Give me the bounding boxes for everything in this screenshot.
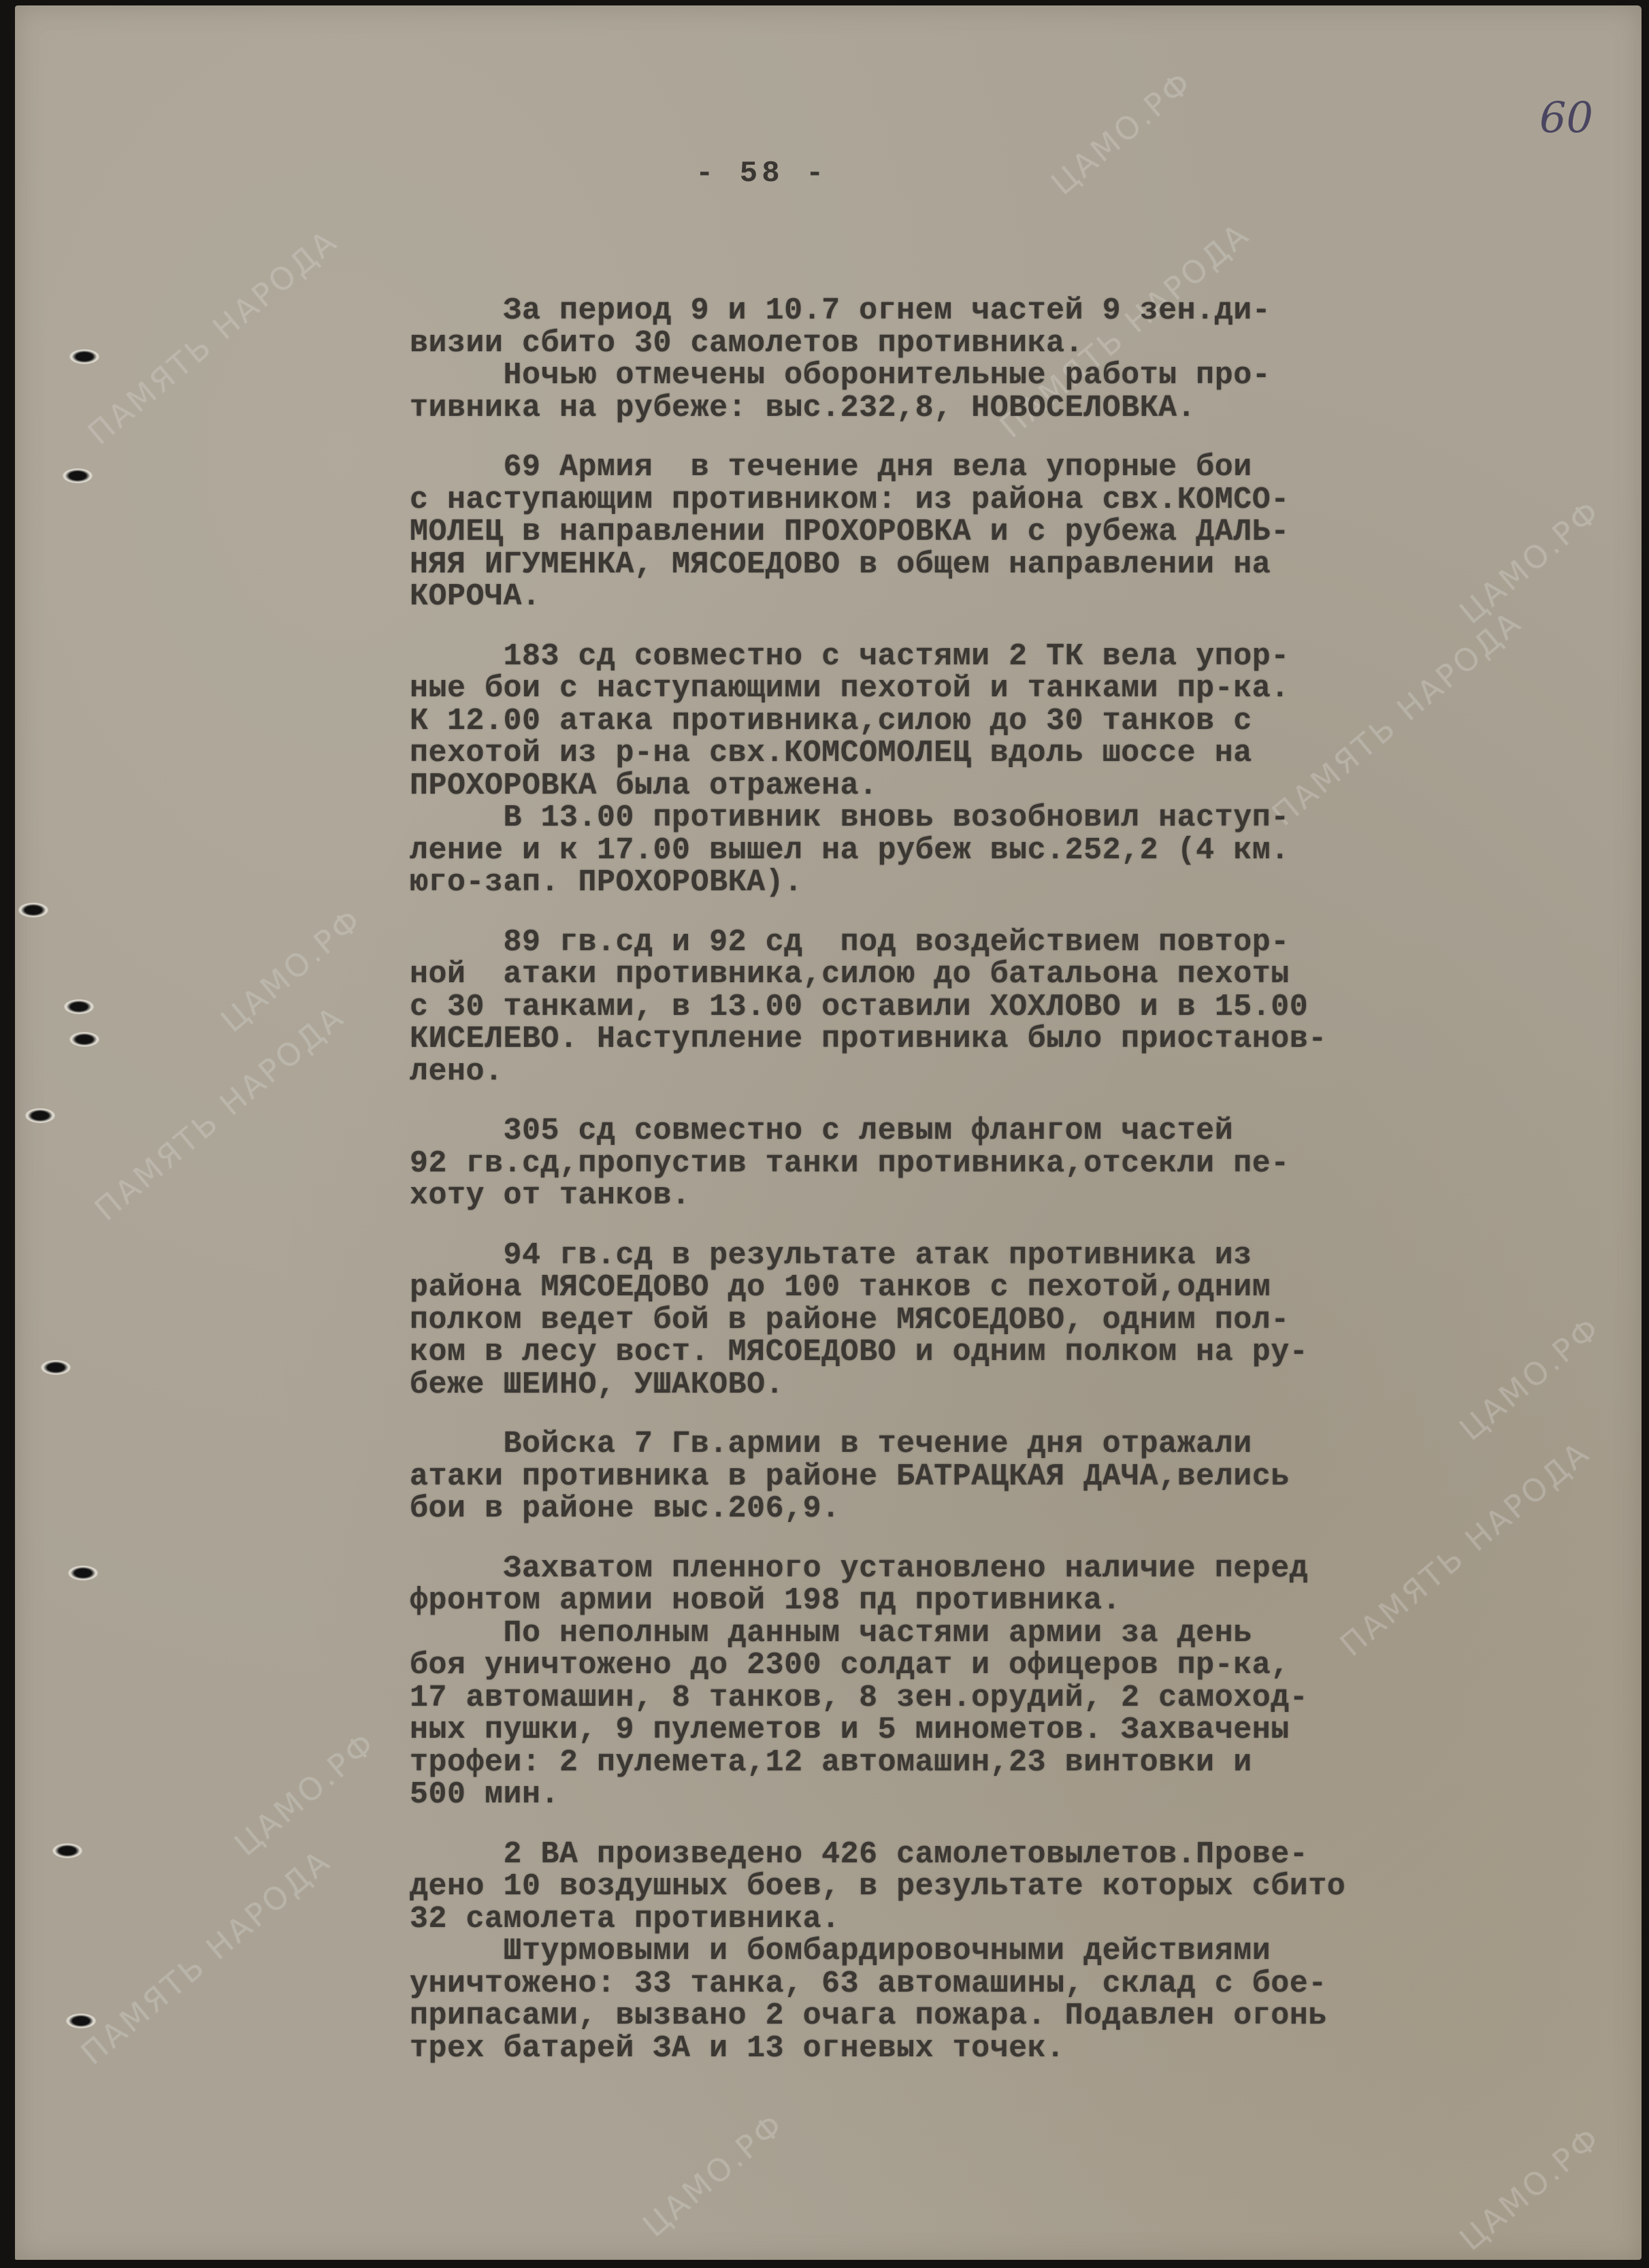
text-line: атаки противника в районе БАТРАЦКАЯ ДАЧА… xyxy=(410,1461,1471,1493)
binding-hole xyxy=(66,2013,96,2028)
text-line: 17 автомашин, 8 танков, 8 зен.орудий, 2 … xyxy=(410,1682,1471,1715)
text-line: МОЛЕЦ в направлении ПРОХОРОВКА и с рубеж… xyxy=(410,516,1471,549)
paragraph-89-92-sd: 89 гв.сд и 92 сд под воздействием повтор… xyxy=(410,926,1471,1088)
text-line: В 13.00 противник вновь возобновил насту… xyxy=(410,802,1471,835)
text-line: ные бои с наступающими пехотой и танками… xyxy=(410,673,1471,705)
report-body: За период 9 и 10.7 огнем частей 9 зен.ди… xyxy=(410,295,1471,2064)
paragraph-air-defense: За период 9 и 10.7 огнем частей 9 зен.ди… xyxy=(410,295,1471,424)
page-number: - 58 - xyxy=(696,157,828,191)
text-line: ление и к 17.00 вышел на рубеж выс.252,2… xyxy=(410,835,1471,867)
text-line: ПРОХОРОВКА была отражена. xyxy=(410,770,1471,803)
text-line: визии сбито 30 самолетов противника. xyxy=(410,327,1471,360)
paragraph-94-gv-sd: 94 гв.сд в результате атак противника из… xyxy=(410,1240,1471,1402)
paragraph-prisoner-losses: Захватом пленного установлено наличие пе… xyxy=(410,1553,1471,1811)
watermark: ЦАМО.РФ xyxy=(1452,1309,1608,1448)
archive-sheet-number: 60 xyxy=(1539,93,1593,142)
text-line: КИСЕЛЕВО. Наступление противника было пр… xyxy=(410,1023,1471,1056)
text-line: ком в лесу вост. МЯСОЕДОВО и одним полко… xyxy=(410,1336,1471,1369)
text-line: Штурмовыми и бомбардировочными действиям… xyxy=(410,1935,1471,1968)
text-line: ных пушки, 9 пулеметов и 5 минометов. За… xyxy=(410,1714,1471,1747)
text-line: 32 самолета противника. xyxy=(410,1903,1471,1936)
watermark: ПАМЯТЬ НАРОДА xyxy=(88,998,352,1228)
paragraph-7-gv-army: Войска 7 Гв.армии в течение дня отражали… xyxy=(410,1428,1471,1525)
text-line: с наступающим противником: из района свх… xyxy=(410,484,1471,517)
text-line: За период 9 и 10.7 огнем частей 9 зен.ди… xyxy=(410,295,1471,327)
watermark: ЦАМО.РФ xyxy=(636,2105,791,2244)
text-line: боя уничтожено до 2300 солдат и офицеров… xyxy=(410,1649,1471,1682)
text-line: К 12.00 атака противника,силою до 30 тан… xyxy=(410,705,1471,738)
binding-hole xyxy=(69,349,99,364)
text-line: 94 гв.сд в результате атак противника из xyxy=(410,1240,1471,1272)
watermark: ПАМЯТЬ НАРОДА xyxy=(81,222,345,452)
watermark: ЦАМО.РФ xyxy=(1452,492,1608,631)
text-line: НЯЯ ИГУМЕНКА, МЯСОЕДОВО в общем направле… xyxy=(410,549,1471,581)
paragraph-69-army: 69 Армия в течение дня вела упорные бои … xyxy=(410,451,1471,613)
text-line: тивника на рубеже: выс.232,8, НОВОСЕЛОВК… xyxy=(410,392,1471,425)
binding-hole xyxy=(25,1108,55,1123)
text-line: уничтожено: 33 танка, 63 автомашины, скл… xyxy=(410,1968,1471,2000)
text-line: пехотой из р-на свх.КОМСОМОЛЕЦ вдоль шос… xyxy=(410,737,1471,770)
text-line: припасами, вызвано 2 очага пожара. Подав… xyxy=(410,2000,1471,2032)
watermark: ЦАМО.РФ xyxy=(1452,2119,1608,2258)
binding-hole xyxy=(63,468,93,483)
text-line: 2 ВА произведено 426 самолетовылетов.Про… xyxy=(410,1838,1471,1871)
text-line: По неполным данным частями армии за день xyxy=(410,1617,1471,1650)
paragraph-2-va: 2 ВА произведено 426 самолетовылетов.Про… xyxy=(410,1838,1471,2065)
text-line: полком ведет бой в районе МЯСОЕДОВО, одн… xyxy=(410,1304,1471,1337)
binding-hole xyxy=(18,903,48,918)
text-line: дено 10 воздушных боев, в результате кот… xyxy=(410,1870,1471,1903)
text-line: беже ШЕИНО, УШАКОВО. xyxy=(410,1369,1471,1402)
text-line: 305 сд совместно с левым флангом частей xyxy=(410,1115,1471,1148)
text-line: 183 сд совместно с частями 2 ТК вела упо… xyxy=(410,641,1471,673)
text-line: трофеи: 2 пулемета,12 автомашин,23 винто… xyxy=(410,1747,1471,1779)
binding-hole xyxy=(52,1843,82,1858)
watermark: ЦАМО.РФ xyxy=(214,901,370,1039)
binding-hole xyxy=(69,1032,99,1047)
binding-hole xyxy=(68,1566,98,1581)
text-line: 89 гв.сд и 92 сд под воздействием повтор… xyxy=(410,926,1471,959)
text-line: КОРОЧА. xyxy=(410,581,1471,613)
text-line: бои в районе выс.206,9. xyxy=(410,1493,1471,1525)
paragraph-305-sd: 305 сд совместно с левым флангом частей … xyxy=(410,1115,1471,1212)
text-line: ной атаки противника,силою до батальона … xyxy=(410,958,1471,991)
watermark: ЦАМО.РФ xyxy=(227,1724,383,1863)
text-line: трех батарей ЗА и 13 огневых точек. xyxy=(410,2032,1471,2065)
text-line: 69 Армия в течение дня вела упорные бои xyxy=(410,451,1471,484)
paragraph-183-sd: 183 сд совместно с частями 2 ТК вела упо… xyxy=(410,641,1471,899)
binding-hole xyxy=(64,999,94,1014)
watermark: ЦАМО.РФ xyxy=(1044,63,1200,202)
document-page: 60 - 58 - ПАМЯТЬ НАРОДА ЦАМО.РФ ПАМЯТЬ Н… xyxy=(15,5,1642,2260)
text-line: юго-зап. ПРОХОРОВКА). xyxy=(410,866,1471,899)
watermark: ПАМЯТЬ НАРОДА xyxy=(74,1842,338,2072)
text-line: Захватом пленного установлено наличие пе… xyxy=(410,1553,1471,1585)
text-line: Ночью отмечены оборонительные работы про… xyxy=(410,359,1471,392)
text-line: фронтом армии новой 198 пд противника. xyxy=(410,1585,1471,1617)
text-line: 92 гв.сд,пропустив танки противника,отсе… xyxy=(410,1148,1471,1180)
text-line: Войска 7 Гв.армии в течение дня отражали xyxy=(410,1428,1471,1461)
text-line: с 30 танками, в 13.00 оставили ХОХЛОВО и… xyxy=(410,991,1471,1024)
text-line: лено. xyxy=(410,1056,1471,1088)
text-line: района МЯСОЕДОВО до 100 танков с пехотой… xyxy=(410,1271,1471,1304)
binding-hole xyxy=(41,1360,71,1375)
text-line: хоту от танков. xyxy=(410,1180,1471,1212)
text-line: 500 мин. xyxy=(410,1779,1471,1811)
